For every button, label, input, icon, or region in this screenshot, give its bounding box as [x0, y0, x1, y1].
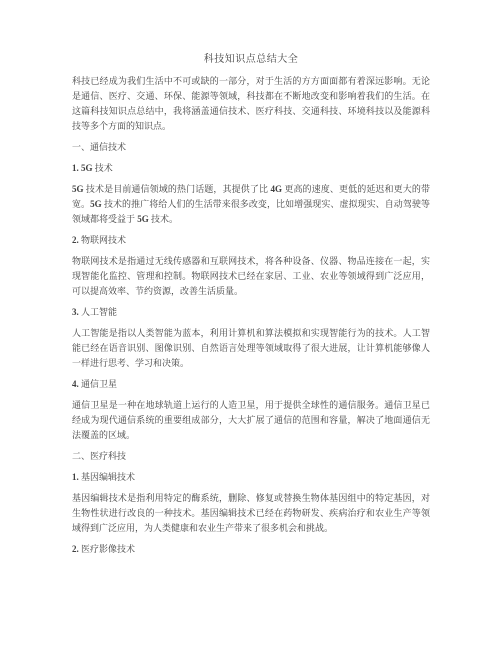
document-page: 科技知识点总结大全 科技已经成为我们生活中不可或缺的一部分，对于生活的方方面面都…: [0, 0, 502, 649]
document-content: 科技已经成为我们生活中不可或缺的一部分，对于生活的方方面面都有着深远影响。无论是…: [72, 74, 430, 557]
bold-text-segment: 2.: [72, 544, 81, 554]
text-segment: 物联网技术是指通过无线传感器和互联网技术，将各种设备、仪器、物品连接在一起，实现…: [72, 256, 430, 296]
text-segment: 技术: [95, 163, 113, 173]
paragraph: 基因编辑技术是指利用特定的酶系统，删除、修复或替换生物体基因组中的特定基因，对生…: [72, 491, 430, 536]
text-segment: 技术。: [151, 214, 178, 224]
text-segment: 人工智能: [81, 307, 117, 317]
text-segment: 通信卫星是一种在地球轨道上运行的人造卫星，用于提供全球性的通信服务。通信卫星已经…: [72, 400, 430, 440]
text-segment: 技术的推广将给人们的生活带来很多改变，比如增强现实、虚拟现实、自动驾驶等领域都将…: [72, 199, 430, 224]
section-heading: 二、医疗科技: [72, 449, 430, 464]
item-heading: 2. 医疗影像技术: [72, 542, 430, 557]
paragraph: 人工智能是指以人类智能为蓝本，利用计算机和算法模拟和实现智能行为的技术。人工智能…: [72, 326, 430, 371]
text-segment: 一、通信技术: [72, 142, 126, 152]
text-segment: 基因编辑技术是指利用特定的酶系统，删除、修复或替换生物体基因组中的特定基因，对生…: [72, 493, 430, 533]
text-segment: 通信卫星: [81, 379, 117, 389]
bold-text-segment: 4G: [270, 184, 284, 194]
item-heading: 1. 基因编辑技术: [72, 470, 430, 485]
paragraph: 通信卫星是一种在地球轨道上运行的人造卫星，用于提供全球性的通信服务。通信卫星已经…: [72, 398, 430, 443]
paragraph: 科技已经成为我们生活中不可或缺的一部分，对于生活的方方面面都有着深远影响。无论是…: [72, 74, 430, 134]
paragraph: 物联网技术是指通过无线传感器和互联网技术，将各种设备、仪器、物品连接在一起，实现…: [72, 254, 430, 299]
text-segment: 二、医疗科技: [72, 451, 126, 461]
paragraph: 5G 技术是目前通信领域的热门话题，其提供了比 4G 更高的速度、更低的延迟和更…: [72, 182, 430, 227]
document-title: 科技知识点总结大全: [0, 52, 502, 67]
bold-text-segment: 1.: [72, 472, 81, 482]
bold-text-segment: 5G: [90, 199, 104, 209]
bold-text-segment: 2.: [72, 235, 81, 245]
bold-text-segment: 5G: [137, 214, 151, 224]
item-heading: 4. 通信卫星: [72, 377, 430, 392]
bold-text-segment: 4.: [72, 379, 81, 389]
item-heading: 3. 人工智能: [72, 305, 430, 320]
section-heading: 一、通信技术: [72, 140, 430, 155]
text-segment: 科技已经成为我们生活中不可或缺的一部分，对于生活的方方面面都有着深远影响。无论是…: [72, 76, 430, 131]
text-segment: 人工智能是指以人类智能为蓝本，利用计算机和算法模拟和实现智能行为的技术。人工智能…: [72, 328, 430, 368]
bold-text-segment: 5G: [72, 184, 86, 194]
text-segment: 物联网技术: [81, 235, 126, 245]
text-segment: 技术是目前通信领域的热门话题，其提供了比: [86, 184, 271, 194]
text-segment: 基因编辑技术: [81, 472, 135, 482]
text-segment: 医疗影像技术: [81, 544, 135, 554]
bold-text-segment: 3.: [72, 307, 81, 317]
bold-text-segment: 1. 5G: [72, 163, 95, 173]
item-heading: 2. 物联网技术: [72, 233, 430, 248]
item-heading: 1. 5G 技术: [72, 161, 430, 176]
